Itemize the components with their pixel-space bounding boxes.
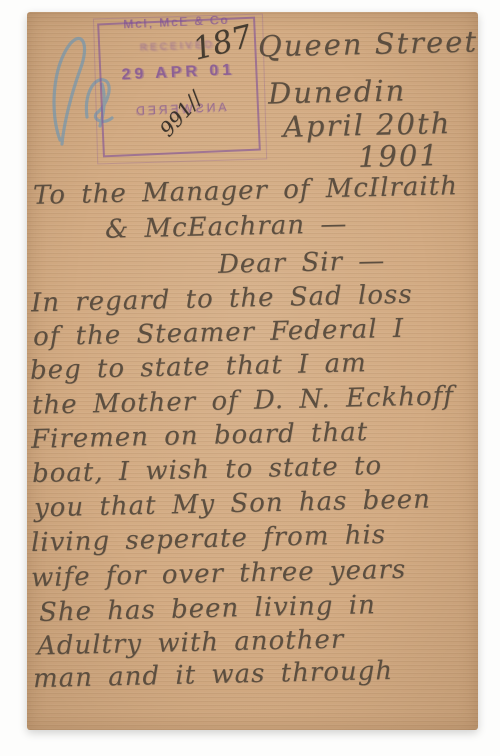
letter-line: Firemen on board that: [31, 419, 369, 453]
salutation-line: & McEachran —: [105, 211, 348, 242]
stamp-date-line: 29 APR 01: [101, 61, 256, 86]
letter-line: beg to state that I am: [30, 350, 367, 384]
letter-line: of the Steamer Federal I: [33, 316, 405, 350]
letter-line: Adultry with another: [37, 627, 345, 660]
letter-line: wife for over three years: [31, 557, 407, 592]
salutation-line: Dear Sir —: [218, 248, 386, 278]
letter-page: McI, McE & Co RECEIVED 29 APR 01 ANSWERE…: [27, 12, 478, 730]
letter-line: the Mother of D. N. Eckhoff: [32, 383, 454, 419]
letter-line: you that My Son has been: [34, 487, 431, 522]
letter-line: boat, I wish to state to: [32, 453, 383, 487]
heading-street: Queen Street: [258, 28, 479, 62]
letter-line: living seperate from his: [31, 522, 387, 556]
salutation-line: To the Manager of McIlraith: [33, 173, 458, 209]
letter-line: man and it was through: [33, 658, 394, 692]
letter-line: She has been living in: [39, 592, 376, 626]
letter-line: In regard to the Sad loss: [31, 282, 413, 317]
heading-date: April 20th: [283, 109, 452, 142]
heading-city: Dunedin: [268, 76, 407, 108]
heading-year: 1901: [358, 141, 440, 172]
